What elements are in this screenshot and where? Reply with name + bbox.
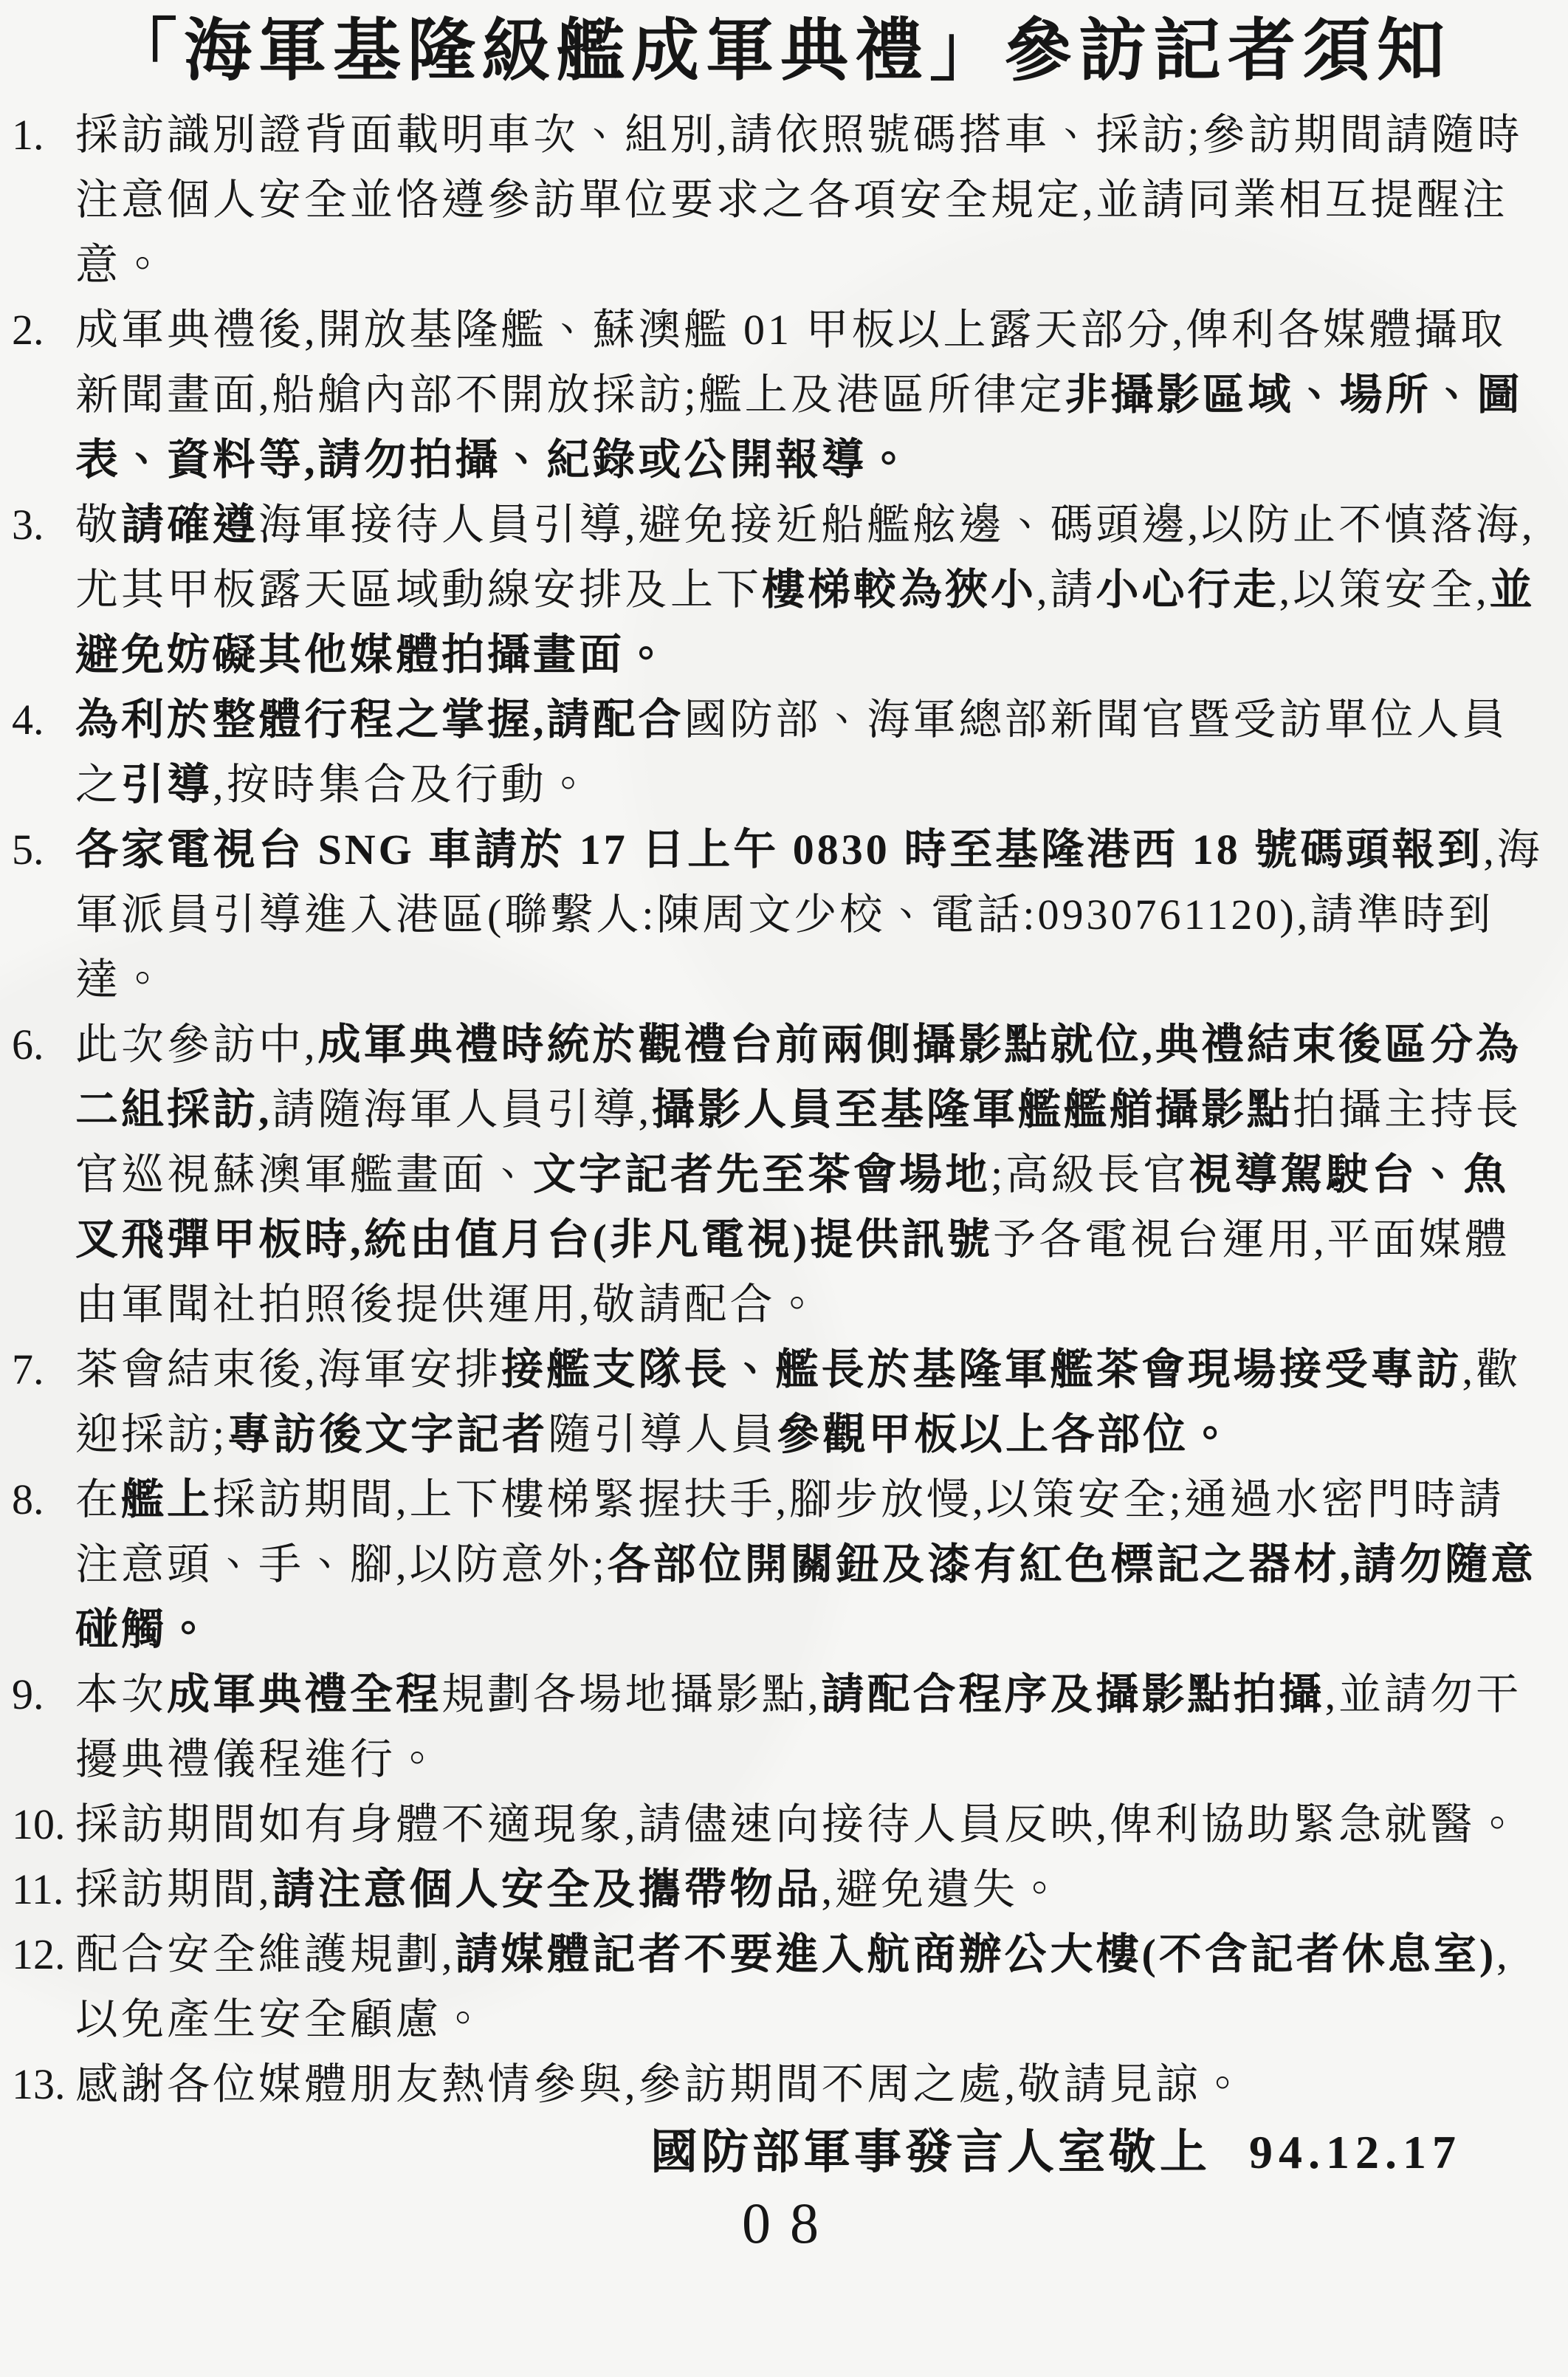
- list-item: 2.成軍典禮後,開放基隆艦、蘇澳艦 01 甲板以上露天部分,俾利各媒體攝取新聞畫…: [12, 298, 1549, 493]
- signature-date: 94.12.17: [1249, 2126, 1462, 2178]
- signature-line: 國防部軍事發言人室敬上94.12.17: [12, 2117, 1549, 2188]
- item-text-segment: 此次參訪中,: [75, 1021, 318, 1069]
- item-text-segment: 規劃各場地攝影點,: [441, 1670, 822, 1718]
- item-text-segment: ;高級長官: [991, 1150, 1189, 1198]
- item-text-segment: 請確遵: [121, 501, 258, 549]
- item-text-segment: 為利於整體行程之掌握,請配合: [75, 696, 684, 744]
- item-text-segment: 樓梯較為狹小: [762, 566, 1036, 614]
- list-item: 9.本次成軍典禮全程規劃各場地攝影點,請配合程序及攝影點拍攝,並請勿干擾典禮儀程…: [12, 1662, 1549, 1792]
- item-text-segment: 敬: [75, 501, 121, 549]
- item-number: 13.: [12, 2052, 75, 2117]
- item-text-segment: 請隨海軍人員引導,: [272, 1085, 653, 1133]
- notice-list: 1.採訪識別證背面載明車次、組別,請依照號碼搭車、採訪;參訪期間請隨時注意個人安…: [12, 103, 1549, 2117]
- item-number: 3.: [12, 493, 75, 558]
- item-text-segment: 各家電視台 SNG 車請於 17 日上午 0830 時至基隆港西 18 號碼頭報…: [75, 826, 1483, 874]
- item-number: 1.: [12, 103, 75, 168]
- item-text-segment: 隨引導人員: [548, 1410, 777, 1458]
- item-text-segment: 茶會結束後,海軍安排: [75, 1345, 501, 1393]
- item-number: 11.: [12, 1857, 75, 1922]
- item-number: 9.: [12, 1662, 75, 1727]
- item-number: 8.: [12, 1467, 75, 1532]
- item-text-segment: ,避免遺失。: [822, 1865, 1065, 1913]
- list-item: 12.配合安全維護規劃,請媒體記者不要進入航商辦公大樓(不含記者休息室),以免產…: [12, 1922, 1549, 2052]
- list-item: 13.感謝各位媒體朋友熱情參與,參訪期間不周之處,敬請見諒。: [12, 2052, 1549, 2117]
- list-item: 1.採訪識別證背面載明車次、組別,請依照號碼搭車、採訪;參訪期間請隨時注意個人安…: [12, 103, 1549, 298]
- list-item: 4.為利於整體行程之掌握,請配合國防部、海軍總部新聞官暨受訪單位人員之引導,按時…: [12, 687, 1549, 817]
- list-item: 5.各家電視台 SNG 車請於 17 日上午 0830 時至基隆港西 18 號碼…: [12, 817, 1549, 1012]
- item-number: 6.: [12, 1012, 75, 1077]
- item-number: 10.: [12, 1792, 75, 1857]
- item-text-segment: 引導: [121, 761, 213, 809]
- item-text-segment: 在: [75, 1475, 121, 1523]
- list-item: 10.採訪期間如有身體不適現象,請儘速向接待人員反映,俾利協助緊急就醫。: [12, 1792, 1549, 1857]
- item-text-segment: 參觀甲板以上各部位。: [777, 1410, 1234, 1458]
- item-number: 7.: [12, 1337, 75, 1402]
- list-item: 6.此次參訪中,成軍典禮時統於觀禮台前兩側攝影點就位,典禮結束後區分為二組採訪,…: [12, 1012, 1549, 1337]
- item-text-segment: 採訪識別證背面載明車次、組別,請依照號碼搭車、採訪;參訪期間請隨時注意個人安全並…: [75, 111, 1523, 289]
- list-item: 7.茶會結束後,海軍安排接艦支隊長、艦長於基隆軍艦茶會現場接受專訪,歡迎採訪;專…: [12, 1337, 1549, 1467]
- item-text-segment: ,以策安全,: [1279, 566, 1490, 614]
- page-title: 「海軍基隆級艦成軍典禮」參訪記者須知: [12, 9, 1549, 94]
- item-text-segment: 本次: [75, 1670, 167, 1718]
- item-text-segment: 攝影人員至基隆軍艦艦艏攝影點: [652, 1085, 1293, 1133]
- list-item: 11.採訪期間,請注意個人安全及攜帶物品,避免遺失。: [12, 1857, 1549, 1922]
- item-text-segment: 接艦支隊長、艦長於基隆軍艦茶會現場接受專訪: [501, 1345, 1462, 1393]
- document-page: 「海軍基隆級艦成軍典禮」參訪記者須知 1.採訪識別證背面載明車次、組別,請依照號…: [0, 0, 1568, 2377]
- list-item: 8.在艦上採訪期間,上下樓梯緊握扶手,腳步放慢,以策安全;通過水密門時請注意頭、…: [12, 1467, 1549, 1662]
- item-text-segment: 小心行走: [1096, 566, 1279, 614]
- item-text-segment: 配合安全維護規劃,: [75, 1930, 455, 1978]
- item-number: 12.: [12, 1922, 75, 1987]
- item-text-segment: 請注意個人安全及攜帶物品: [272, 1865, 822, 1913]
- item-text-segment: 艦上: [121, 1475, 213, 1523]
- item-text-segment: 採訪期間如有身體不適現象,請儘速向接待人員反映,俾利協助緊急就醫。: [75, 1800, 1521, 1848]
- item-text-segment: 感謝各位媒體朋友熱情參與,參訪期間不周之處,敬請見諒。: [75, 2060, 1247, 2108]
- list-item: 3.敬請確遵海軍接待人員引導,避免接近船艦舷邊、碼頭邊,以防止不慎落海,尤其甲板…: [12, 493, 1549, 687]
- signature-text: 國防部軍事發言人室敬上: [650, 2126, 1211, 2178]
- item-text-segment: 文字記者先至茶會場地: [533, 1150, 991, 1198]
- item-text-segment: ,按時集合及行動。: [213, 761, 593, 809]
- item-number: 4.: [12, 687, 75, 752]
- page-number: 08: [12, 2188, 1549, 2259]
- item-number: 2.: [12, 298, 75, 363]
- item-text-segment: 採訪期間,: [75, 1865, 272, 1913]
- item-text-segment: 成軍典禮全程: [167, 1670, 441, 1718]
- item-number: 5.: [12, 817, 75, 882]
- item-text-segment: 請媒體記者不要進入航商辦公大樓(不含記者休息室): [455, 1930, 1497, 1978]
- item-text-segment: ,請: [1036, 566, 1096, 614]
- item-text-segment: 專訪後文字記者: [227, 1410, 548, 1458]
- item-text-segment: 請配合程序及攝影點拍攝: [822, 1670, 1325, 1718]
